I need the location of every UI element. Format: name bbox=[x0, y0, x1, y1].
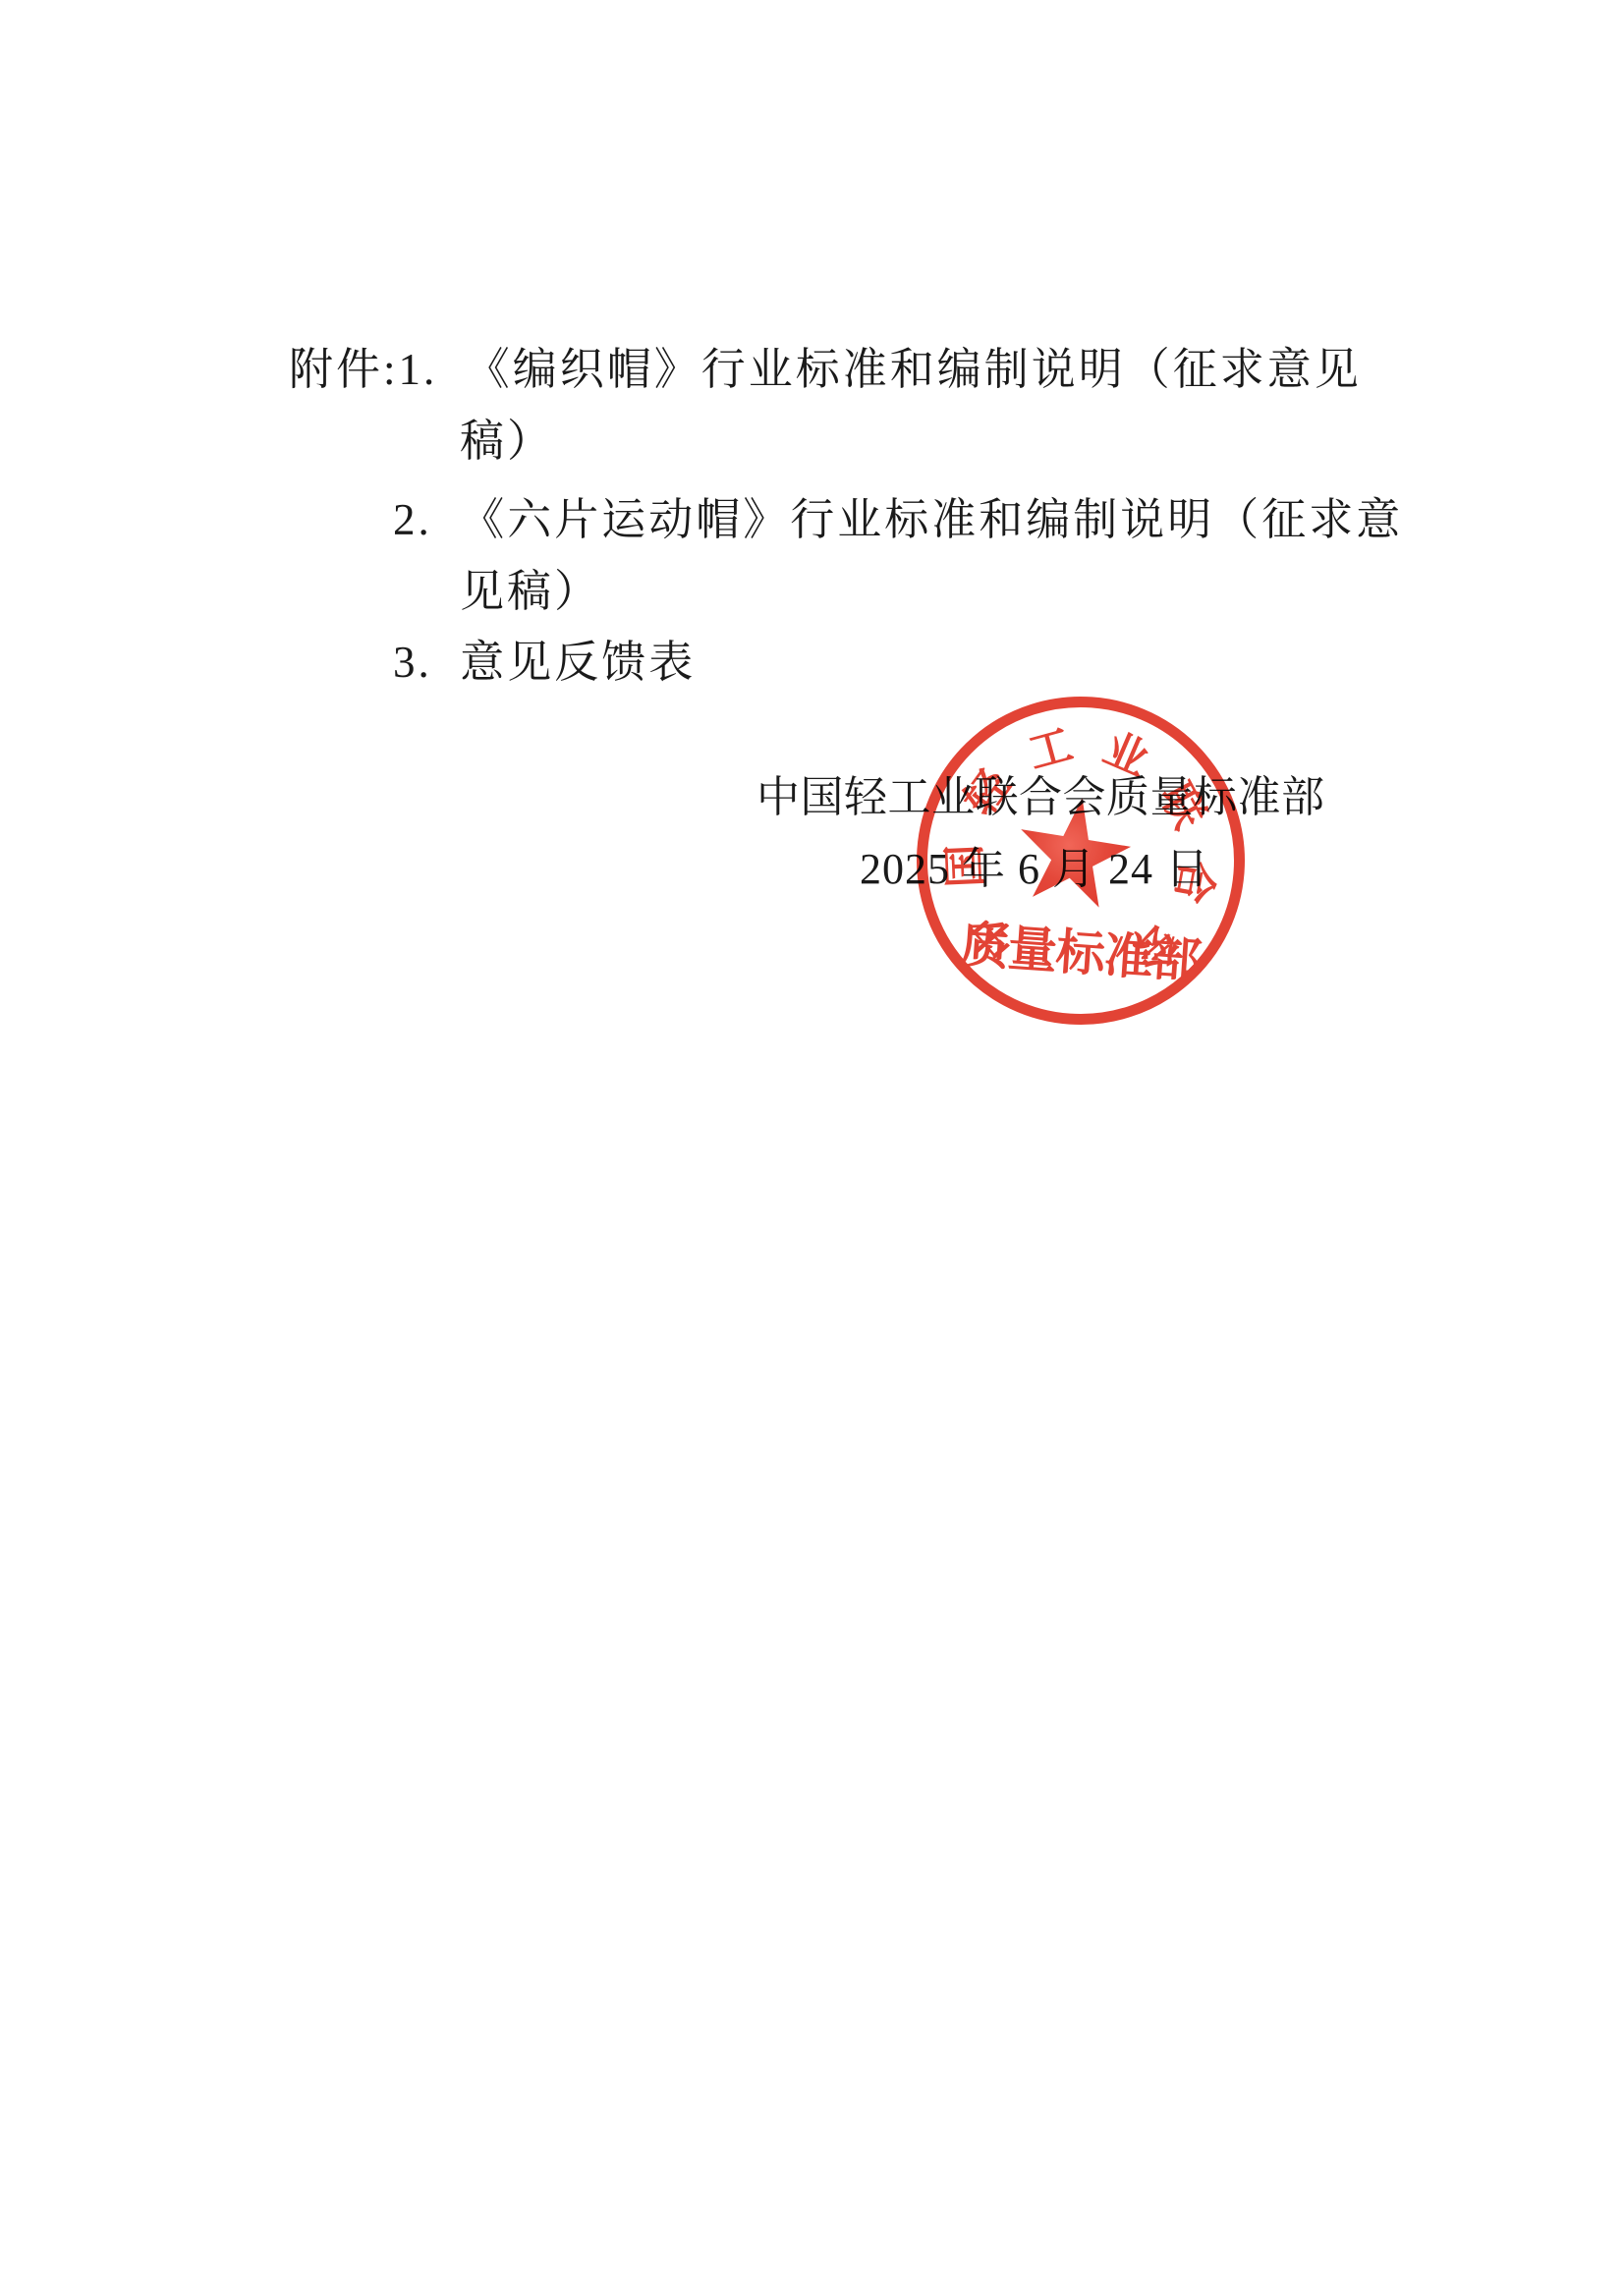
attachment-line-2: 稿） bbox=[460, 418, 554, 465]
attachment-line-5: 3. 意见反馈表 bbox=[393, 639, 696, 686]
document-page: 附件:1. 《编织帽》行业标准和编制说明（征求意见 稿） 2. 《六片运动帽》行… bbox=[0, 0, 1624, 2295]
attachment-line-1: 附件:1. 《编织帽》行业标准和编制说明（征求意见 bbox=[289, 346, 1362, 393]
attachment-line-4: 见稿） bbox=[460, 568, 601, 615]
official-seal: 中 国 轻 工 业 联 合 会 质量标准部 bbox=[906, 686, 1256, 1036]
attachment-line-3: 2. 《六片运动帽》行业标准和编制说明（征求意 bbox=[393, 496, 1403, 543]
seal-ring-char: 国 bbox=[928, 843, 993, 889]
